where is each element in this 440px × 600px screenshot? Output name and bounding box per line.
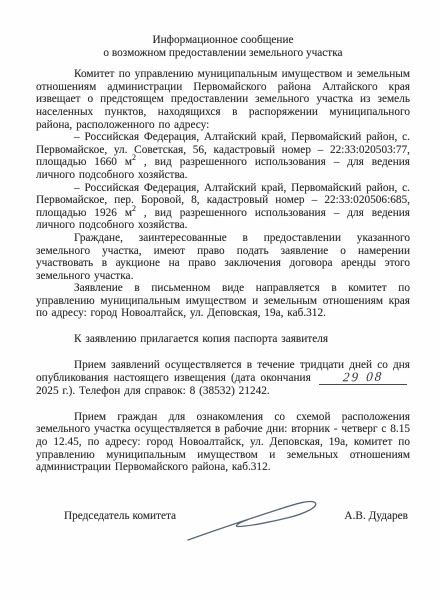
deadline-paragraph: Прием заявлений осуществляется в течение… — [36, 359, 410, 398]
signature-row: Председатель комитета А.В. Дударев — [36, 510, 410, 523]
intro-paragraph: Комитет по управлению муниципальным имущ… — [36, 68, 410, 131]
deadline-text-after: 2025 г.). Телефон для справок: 8 (38532)… — [36, 385, 270, 397]
application-paragraph: Заявление в письменном виде направляется… — [36, 282, 410, 320]
title-line-2: о возможном предоставлении земельного уч… — [36, 47, 410, 60]
handwritten-date: 29 08 — [342, 371, 383, 383]
signature-scribble — [184, 486, 329, 548]
plot-item-2: – Российская Федерация, Алтайский край, … — [36, 182, 410, 232]
attachment-paragraph: К заявлению прилагается копия паспорта з… — [36, 333, 410, 346]
signature-role: Председатель комитета — [64, 510, 176, 523]
signature-name: А.В. Дударев — [344, 510, 408, 523]
document-page: Информационное сообщение о возможном пре… — [0, 0, 440, 600]
document-title: Информационное сообщение о возможном пре… — [36, 34, 410, 59]
visiting-paragraph: Прием граждан для ознакомления со схемой… — [36, 411, 410, 474]
citizens-paragraph: Граждане, заинтересованные в предоставле… — [36, 232, 410, 282]
title-line-1: Информационное сообщение — [36, 34, 410, 47]
date-blank-underline: 29 08 — [319, 371, 407, 385]
plot-item-1: – Российская Федерация, Алтайский край, … — [36, 131, 410, 181]
